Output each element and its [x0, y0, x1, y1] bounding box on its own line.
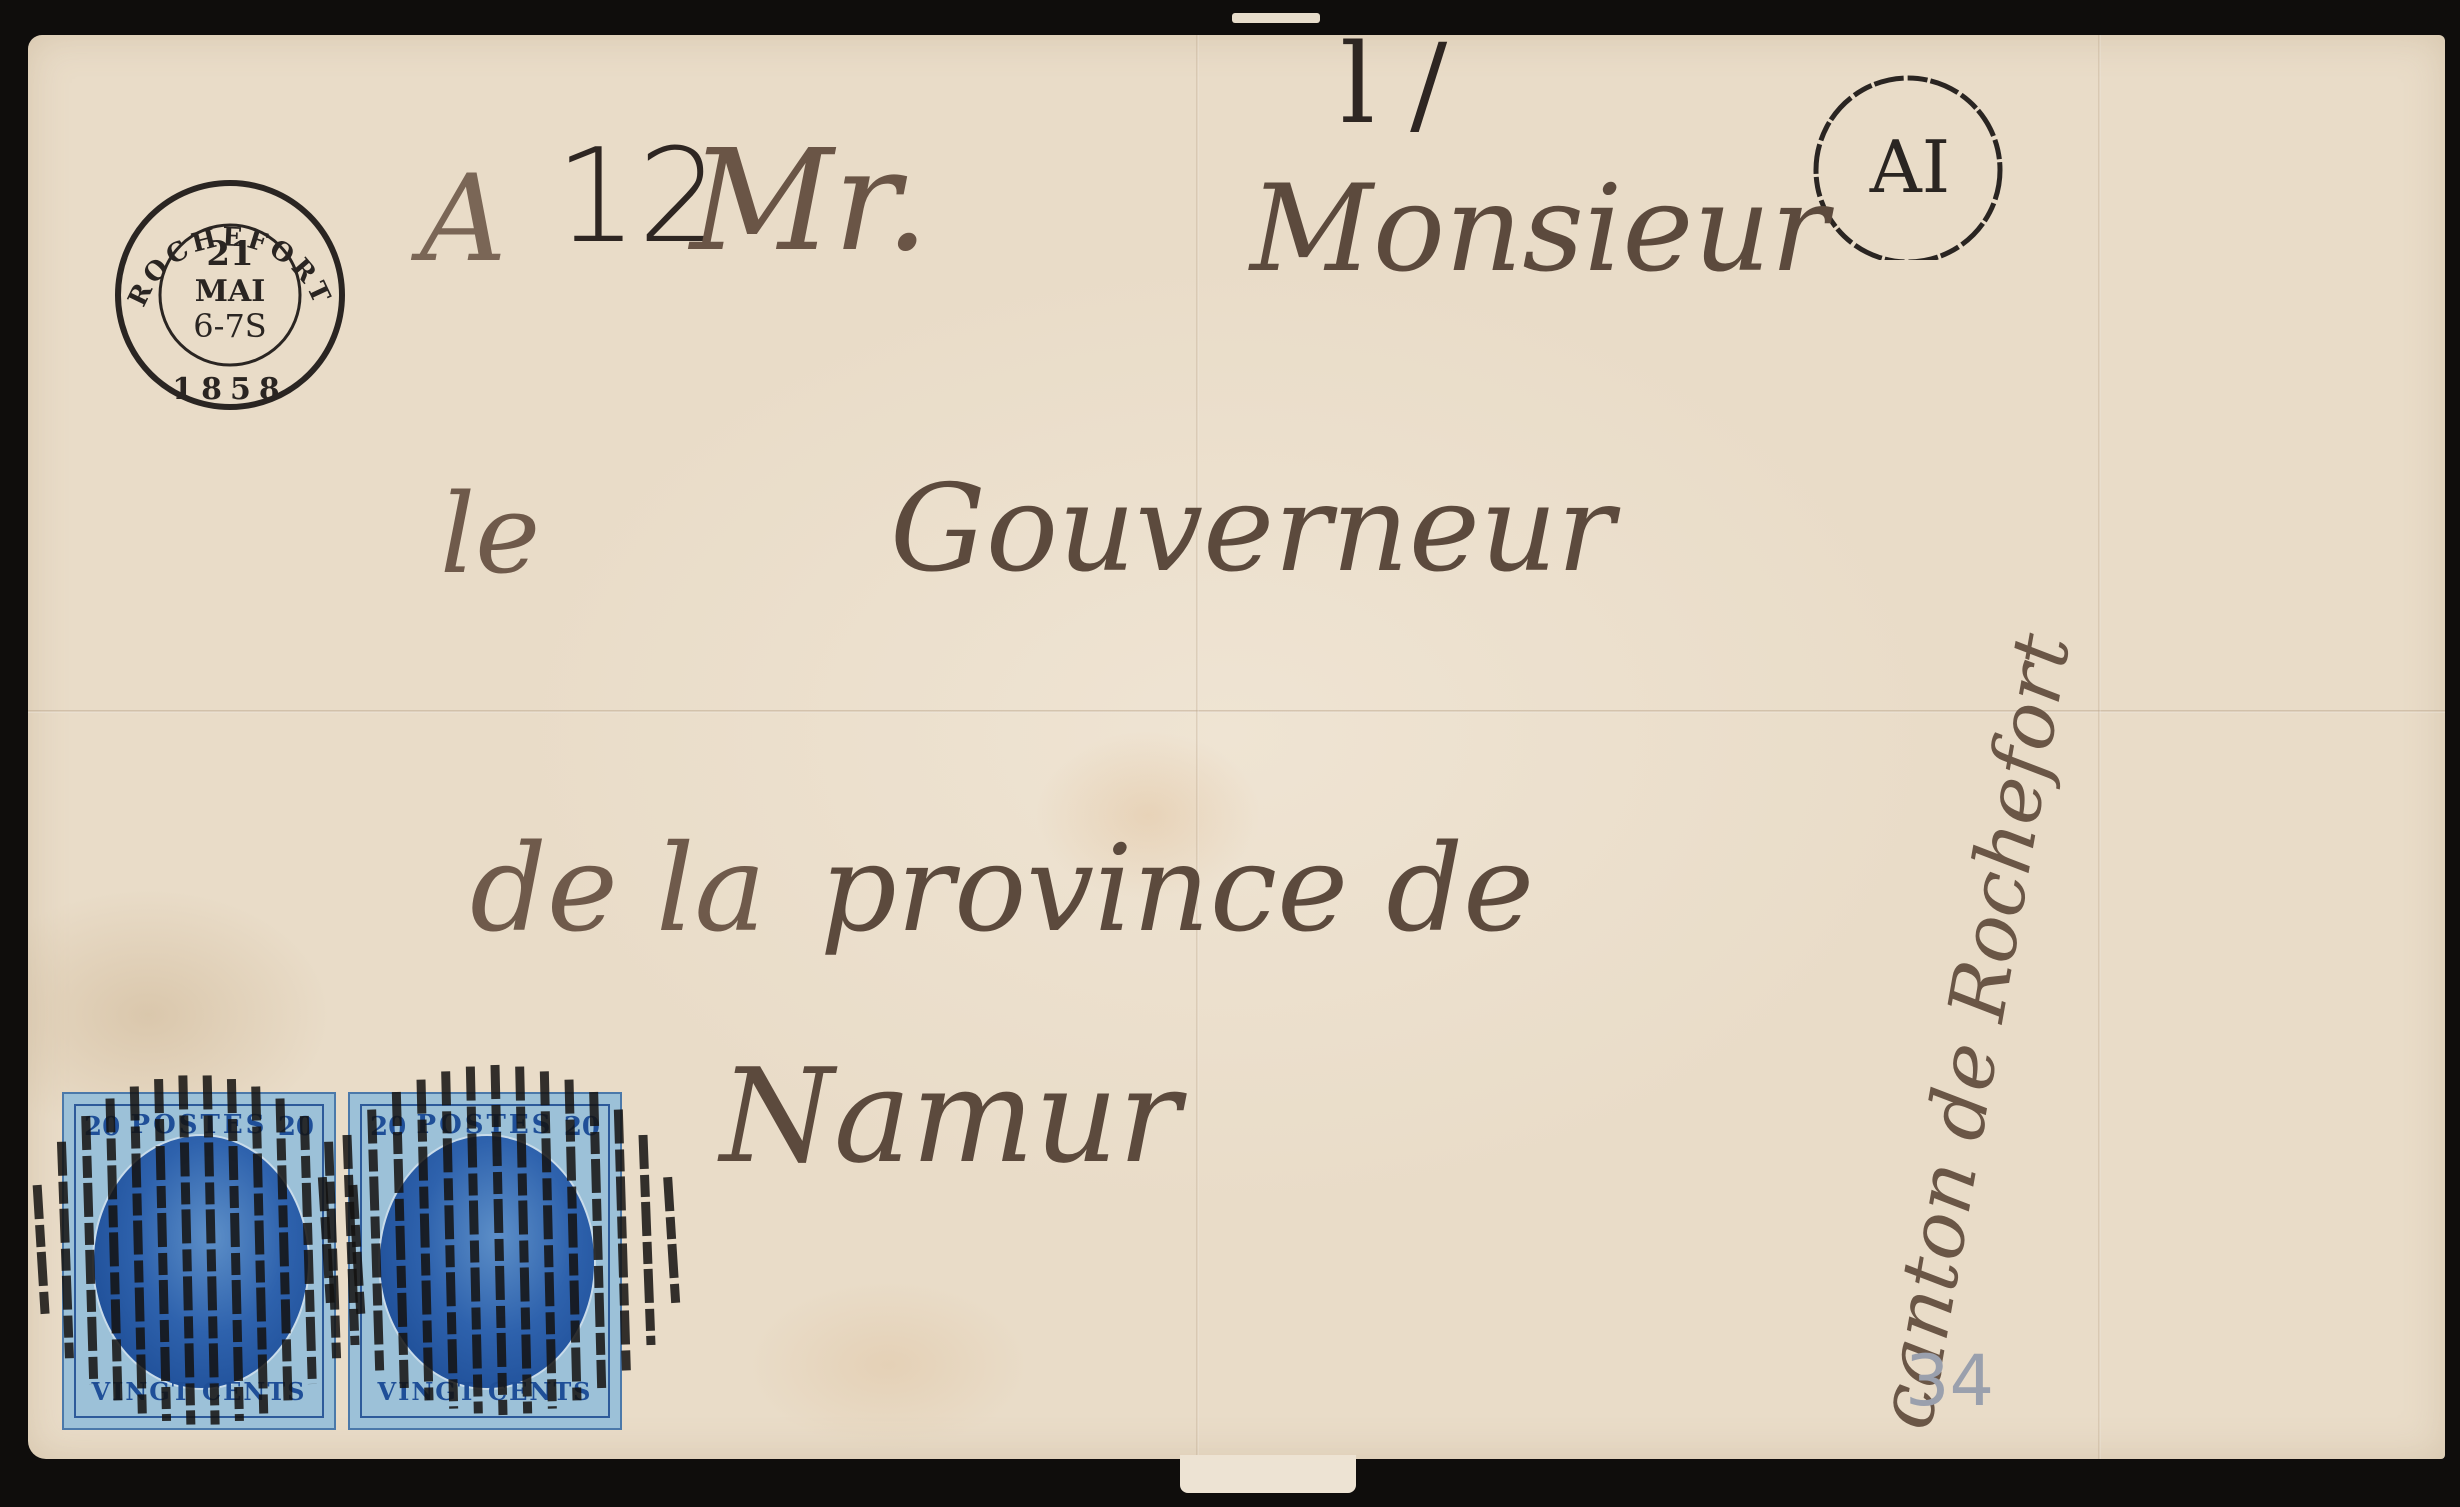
paper-tab-bottom [1180, 1455, 1356, 1493]
manuscript-top-marks: l / [1340, 20, 1447, 148]
address-de-la: de la [470, 820, 766, 959]
pencil-note: 34 [1905, 1340, 1994, 1422]
address-namur: Namur [720, 1040, 1180, 1192]
stamp-value-right: 20 [564, 1112, 600, 1142]
ai-transit-stamp: AI [1798, 60, 2008, 260]
postmark-time: 6-7S [193, 307, 266, 345]
postmark-month: MAI [195, 274, 266, 309]
stamp-bottom-label: VINGT CENTS [350, 1377, 620, 1406]
address-le: le [440, 470, 540, 598]
address-province-de: province de [820, 820, 1534, 959]
postmark-day: 21 [206, 234, 253, 274]
address-mr: Mr. [690, 120, 929, 283]
king-portrait [378, 1134, 596, 1390]
address-prefix-a: A [420, 150, 507, 289]
rochefort-postmark: ROCHEFORT 21 MAI 6-7S 1858 [112, 177, 348, 413]
address-gouverneur: Gouverneur [890, 460, 1615, 599]
address-monsieur: Monsieur [1250, 160, 1828, 299]
fold-line-vertical-left [1196, 35, 1199, 1459]
stamp-value-right: 20 [278, 1112, 314, 1142]
stamp-20c-right: 20 POSTES 20 VINGT CENTS [348, 1092, 622, 1430]
postmark-year: 1858 [172, 372, 288, 407]
fold-line-vertical-right [2098, 35, 2101, 1459]
king-portrait [92, 1134, 310, 1390]
stamp-bottom-label: VINGT CENTS [64, 1377, 334, 1406]
stamp-20c-left: 20 POSTES 20 VINGT CENTS [62, 1092, 336, 1430]
ai-stamp-text: AI [1869, 125, 1950, 209]
paper-tab-top [1232, 13, 1320, 23]
fold-line-horizontal [28, 710, 2445, 713]
